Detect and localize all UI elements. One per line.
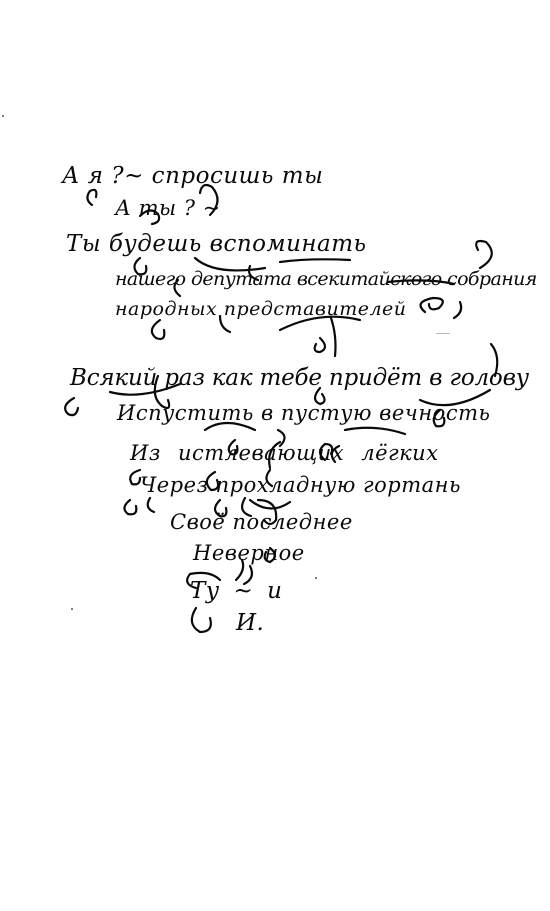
document-page: А я ?~ спросишь ты А ты ? ~ Ты будешь вс… bbox=[0, 0, 550, 911]
calligraphy-flourishes bbox=[0, 0, 550, 911]
